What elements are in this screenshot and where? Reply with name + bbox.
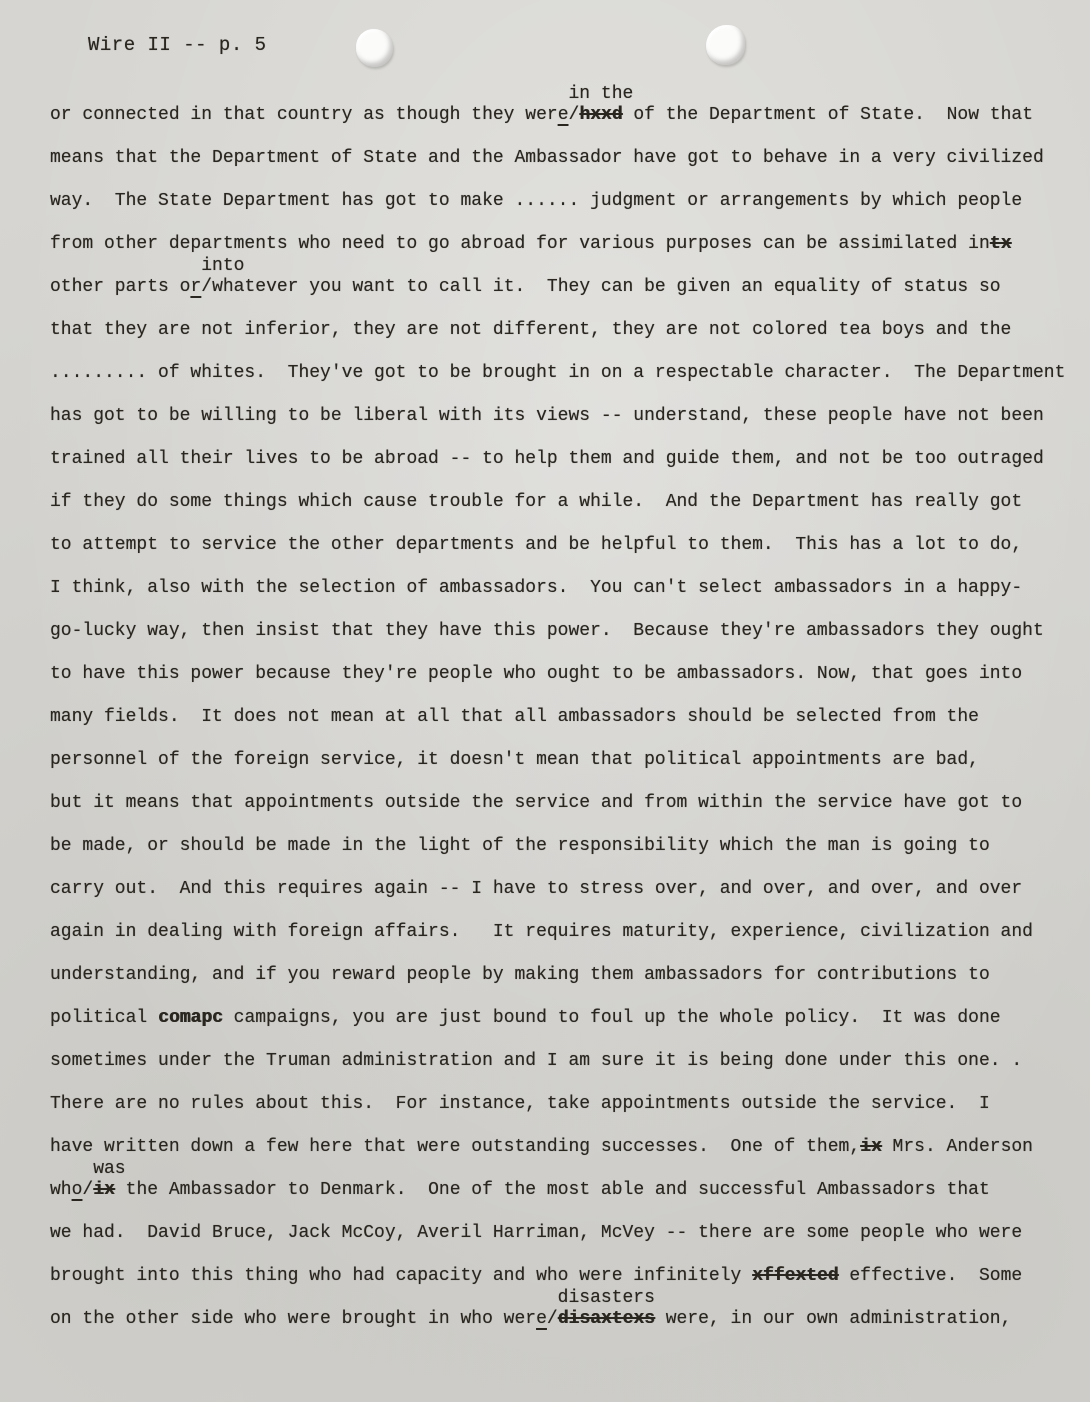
text-segment: on the other side who were brought in wh…: [50, 1309, 536, 1329]
text-segment: political: [50, 1008, 158, 1028]
text-line: be made, or should be made in the light …: [50, 825, 1078, 868]
caret-marked-text: e: [558, 105, 569, 125]
text-line: have written down a few here that were o…: [50, 1126, 1078, 1169]
text-line: to have this power because they're peopl…: [50, 653, 1078, 696]
text-segment: brought into this thing who had capacity…: [50, 1266, 752, 1286]
text-line: political comapc campaigns, you are just…: [50, 997, 1078, 1040]
text-segment: understanding, and if you reward people …: [50, 965, 990, 985]
caret-marked-text: o: [72, 1180, 83, 1200]
text-line: or connected in that country as though t…: [50, 94, 1078, 137]
struck-text: tx: [990, 234, 1012, 254]
text-segment: There are no rules about this. For insta…: [50, 1094, 990, 1114]
text-line: personnel of the foreign service, it doe…: [50, 739, 1078, 782]
text-segment: I think, also with the selection of amba…: [50, 578, 1022, 598]
document-body: or connected in that country as though t…: [50, 94, 1078, 1341]
text-line: who/ix the Ambassador to Denmark. One of…: [50, 1169, 1078, 1212]
text-line: means that the Department of State and t…: [50, 137, 1078, 180]
text-segment: carry out. And this requires again -- I …: [50, 879, 1022, 899]
text-line: carry out. And this requires again -- I …: [50, 868, 1078, 911]
text-segment: go-lucky way, then insist that they have…: [50, 621, 1044, 641]
text-segment: from other departments who need to go ab…: [50, 234, 990, 254]
text-segment: we had. David Bruce, Jack McCoy, Averil …: [50, 1223, 1022, 1243]
text-segment: other parts o: [50, 277, 190, 297]
text-segment: /: [569, 105, 580, 125]
text-segment: sometimes under the Truman administratio…: [50, 1051, 1022, 1071]
caret-marked-text: e: [536, 1309, 547, 1329]
text-segment: personnel of the foreign service, it doe…: [50, 750, 979, 770]
text-line: There are no rules about this. For insta…: [50, 1083, 1078, 1126]
text-segment: again in dealing with foreign affairs. I…: [50, 922, 1033, 942]
struck-text: hxxd: [579, 105, 622, 125]
document-page: Wire II -- p. 5 or connected in that cou…: [0, 0, 1090, 1402]
text-segment: many fields. It does not mean at all tha…: [50, 707, 979, 727]
overtyped-text: comapc: [158, 1008, 223, 1028]
page-header: Wire II -- p. 5: [88, 34, 267, 56]
text-segment: ......... of whites. They've got to be b…: [50, 363, 1065, 383]
text-segment: to attempt to service the other departme…: [50, 535, 1022, 555]
text-segment: effective. Some: [839, 1266, 1023, 1286]
text-line: again in dealing with foreign affairs. I…: [50, 911, 1078, 954]
text-line: that they are not inferior, they are not…: [50, 309, 1078, 352]
text-line: way. The State Department has got to mak…: [50, 180, 1078, 223]
text-segment: have written down a few here that were o…: [50, 1137, 860, 1157]
text-line: if they do some things which cause troub…: [50, 481, 1078, 524]
inserted-correction: was: [93, 1159, 125, 1180]
text-segment: /: [82, 1180, 93, 1200]
inserted-correction: disasters: [558, 1288, 655, 1309]
text-segment: whatever you want to call it. They can b…: [212, 277, 1001, 297]
caret-marked-text: r: [190, 277, 201, 297]
inserted-correction: into: [201, 256, 244, 277]
text-line: ......... of whites. They've got to be b…: [50, 352, 1078, 395]
text-segment: has got to be willing to be liberal with…: [50, 406, 1044, 426]
struck-text: ix: [93, 1180, 115, 1200]
struck-text: disaxtexs: [558, 1309, 655, 1329]
text-line: understanding, and if you reward people …: [50, 954, 1078, 997]
text-segment: or connected in that country as though t…: [50, 105, 558, 125]
text-line: trained all their lives to be abroad -- …: [50, 438, 1078, 481]
text-line: sometimes under the Truman administratio…: [50, 1040, 1078, 1083]
text-segment: if they do some things which cause troub…: [50, 492, 1022, 512]
text-line: we had. David Bruce, Jack McCoy, Averil …: [50, 1212, 1078, 1255]
text-line: go-lucky way, then insist that they have…: [50, 610, 1078, 653]
text-segment: wh: [50, 1180, 72, 1200]
text-segment: Mrs. Anderson: [882, 1137, 1033, 1157]
text-segment: of the Department of State. Now that: [623, 105, 1033, 125]
text-segment: way. The State Department has got to mak…: [50, 191, 1022, 211]
punch-hole-left-icon: [356, 29, 393, 67]
text-segment: to have this power because they're peopl…: [50, 664, 1022, 684]
text-line: to attempt to service the other departme…: [50, 524, 1078, 567]
struck-text: xffexted: [752, 1266, 838, 1286]
punch-hole-right-icon: [706, 25, 745, 65]
text-segment: the Ambassador to Denmark. One of the mo…: [115, 1180, 990, 1200]
text-segment: /: [547, 1309, 558, 1329]
struck-text: ix: [860, 1137, 882, 1157]
text-segment: be made, or should be made in the light …: [50, 836, 990, 856]
text-line: but it means that appointments outside t…: [50, 782, 1078, 825]
text-segment: trained all their lives to be abroad -- …: [50, 449, 1044, 469]
text-line: has got to be willing to be liberal with…: [50, 395, 1078, 438]
text-line: on the other side who were brought in wh…: [50, 1298, 1078, 1341]
inserted-correction: in the: [568, 84, 633, 105]
text-segment: means that the Department of State and t…: [50, 148, 1044, 168]
text-segment: but it means that appointments outside t…: [50, 793, 1022, 813]
text-line: other parts or/whatever you want to call…: [50, 266, 1078, 309]
text-segment: /: [201, 277, 212, 297]
text-segment: were, in our own administration,: [655, 1309, 1011, 1329]
text-segment: campaigns, you are just bound to foul up…: [223, 1008, 1001, 1028]
text-line: many fields. It does not mean at all tha…: [50, 696, 1078, 739]
text-segment: that they are not inferior, they are not…: [50, 320, 1011, 340]
text-line: I think, also with the selection of amba…: [50, 567, 1078, 610]
